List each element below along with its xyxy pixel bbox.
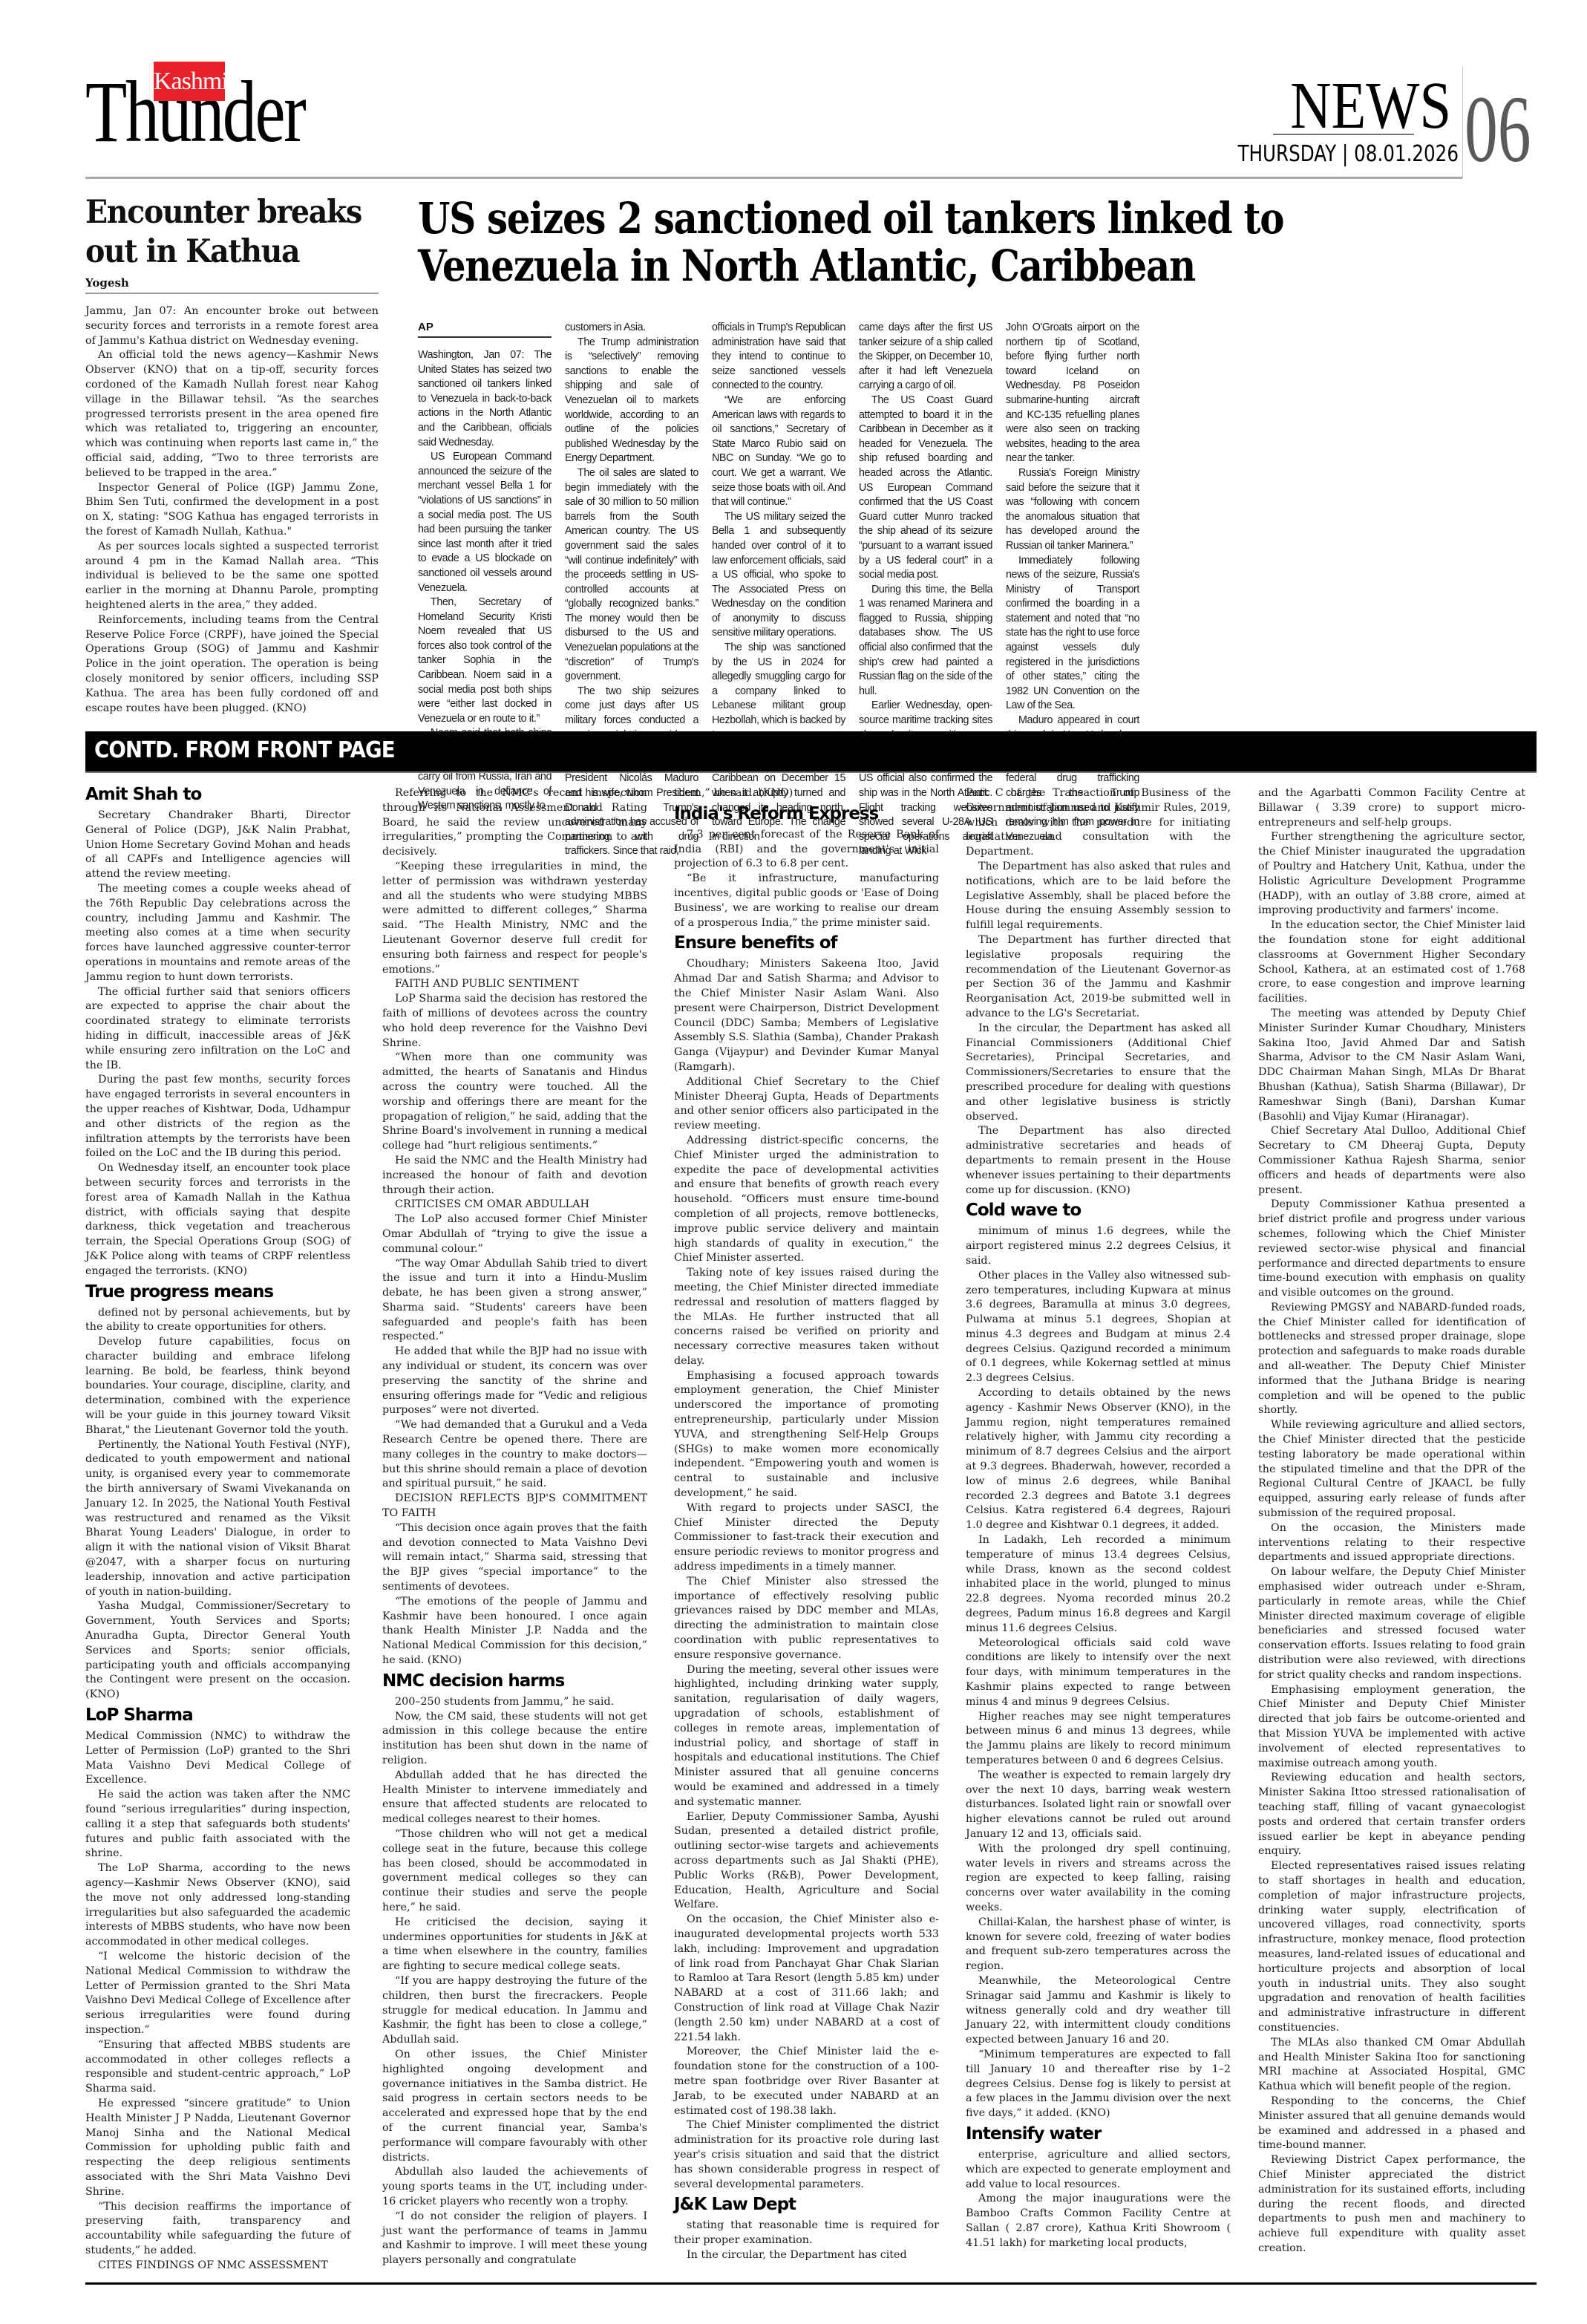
paragraph: “This decision reaffirms the importance … [85,2200,350,2259]
paragraph: “We are enforcing American laws with reg… [712,394,845,510]
paragraph: The Department has also directed adminis… [966,1124,1231,1198]
paragraph: and the Agarbatti Common Facility Centre… [1258,786,1525,830]
paragraph: With regard to projects under SASCI, the… [674,1501,939,1575]
paragraph: He said the NMC and the Health Ministry … [382,1154,647,1198]
continued-column-4: Part C of the Transaction of Business of… [966,786,1231,2251]
paragraph: customers in Asia. [565,321,698,336]
masthead-rule [85,177,1462,179]
paragraph: defined not by personal achievements, bu… [85,1306,350,1336]
paragraph: “We had demanded that a Gurukul and a Ve… [382,1418,647,1492]
paragraph: Elected representatives raised issues re… [1258,1859,1525,2036]
lead-headline: US seizes 2 sanctioned oil tankers linke… [418,195,1382,290]
article-body: 200–250 students from Jammu,” he said. N… [382,1695,647,2268]
paragraph: Now, the CM said, these students will no… [382,1710,647,1769]
paragraph: The LoP also accused former Chief Minist… [382,1212,647,1256]
paragraph: “The way Omar Abdullah Sahib tried to di… [382,1257,647,1345]
section-heading: LoP Sharma [85,1704,350,1726]
paragraph: According to details obtained by the new… [966,1386,1231,1533]
article-body: enterprise, agriculture and allied secto… [966,2148,1231,2251]
article-body: them,” he said. (KNO) [674,786,939,801]
paragraph: LoP Sharma said the decision has restore… [382,992,647,1051]
paragraph: Medical Commission (NMC) to withdraw the… [85,1729,350,1788]
headline-line: US seizes 2 sanctioned oil tankers linke… [418,193,1283,244]
paragraph: As per sources locals sighted a suspecte… [85,540,379,613]
paragraph: Then, Secretary of Homeland Security Kri… [418,595,552,726]
article-byline: Yogesh [85,276,379,294]
paragraph: “I welcome the historic decision of the … [85,1950,350,2038]
headline-line: Venezuela in North Atlantic, Caribbean [418,241,1195,291]
paragraph: The Department has also asked that rules… [966,860,1231,933]
paragraph: Meteorological officials said cold wave … [966,1636,1231,1710]
paragraph: Inspector General of Police (IGP) Jammu … [85,481,379,540]
masthead: Thunder Kashmir NEWS THURSDAY | 08.01.20… [85,59,1537,178]
logo-kashmir-badge: Kashmir [154,62,225,101]
contd-from-front-page-banner: CONTD. FROM FRONT PAGE [85,731,1537,773]
paragraph: enterprise, agriculture and allied secto… [966,2148,1231,2192]
paragraph: On the occasion, the Chief Minister also… [674,1913,939,2045]
paragraph: “If you are happy destroying the future … [382,1974,647,2048]
paragraph: John O'Groats airport on the northern ti… [1006,321,1139,466]
paragraph: In the circular, the Department has cite… [674,2248,939,2263]
article-body: customers in Asia. The Trump administrat… [565,321,698,859]
paragraph: He expressed “sincere gratitude” to Unio… [85,2097,350,2200]
subsection-caption: CRITICISES CM OMAR ABDULLAH [382,1198,647,1212]
paragraph: Reviewing PMGSY and NABARD-funded roads,… [1258,1301,1525,1418]
subsection-caption: FAITH AND PUBLIC SENTIMENT [382,977,647,992]
paragraph: He added that while the BJP had no issue… [382,1345,647,1418]
paragraph: The Trump administration is “selectively… [565,336,698,466]
paragraph: officials in Trump's Republican administ… [712,321,845,394]
paragraph: Reviewing District Capex performance, th… [1258,2153,1525,2256]
section-heading: Cold wave to [966,1199,1231,1221]
paragraph: The Chief Minister complimented the dist… [674,2118,939,2192]
article-body: and the Agarbatti Common Facility Centre… [1258,786,1525,2256]
paragraph: The US Coast Guard attempted to board it… [859,394,992,583]
paragraph: Washington, Jan 07: The United States ha… [418,348,552,450]
paragraph: Further strengthening the agriculture se… [1258,830,1525,918]
article-headline: Encounter breaks out in Kathua [85,193,379,272]
paragraph: During this time, the Bella 1 was rename… [859,583,992,699]
article-byline: AP [418,321,552,338]
paragraph: Moreover, the Chief Minister laid the e-… [674,2045,939,2118]
paragraph: 7.3 per cent forecast of the Reserve Ban… [674,828,939,872]
paragraph: Other places in the Valley also witnesse… [966,1269,1231,1386]
article-body: Referring to the NMC's recent inspection… [382,786,647,1668]
paragraph: The Department has further directed that… [966,933,1231,1022]
article-body: Choudhary; Ministers Sakeena Itoo, Javid… [674,957,939,2192]
paragraph: On the occasion, the Ministers made inte… [1258,1521,1525,1565]
article-body: Secretary Chandraker Bharti, Director Ge… [85,809,350,1279]
paragraph: Immediately following news of the seizur… [1006,554,1139,714]
banner-label: CONTD. FROM FRONT PAGE [94,737,395,763]
section-heading: Intensify water [966,2123,1231,2145]
article-encounter-kathua: Encounter breaks out in Kathua Yogesh Ja… [85,193,379,716]
paragraph: The official further said that seniors o… [85,985,350,1074]
paragraph: “This decision once again proves that th… [382,1521,647,1595]
paragraph: “The emotions of the people of Jammu and… [382,1595,647,1668]
paragraph: The LoP Sharma, according to the news ag… [85,1861,350,1950]
paragraph: Secretary Chandraker Bharti, Director Ge… [85,809,350,882]
paragraph: stating that reasonable time is required… [674,2219,939,2248]
paragraph: The meeting comes a couple weeks ahead o… [85,882,350,985]
paragraph: Choudhary; Ministers Sakeena Itoo, Javid… [674,957,939,1074]
paragraph: Emphasising a focused approach towards e… [674,1369,939,1501]
paragraph: On Wednesday itself, an encounter took p… [85,1161,350,1279]
continued-column-2: Referring to the NMC's recent inspection… [382,786,647,2268]
paragraph: The ship was sanctioned by the US in 202… [712,641,845,742]
paragraph: “Be it infrastructure, manufacturing inc… [674,872,939,930]
subsection-caption: CITES FINDINGS OF NMC ASSESSMENT [85,2259,350,2274]
bottom-rule [85,2282,1537,2285]
article-body: Jammu, Jan 07: An encounter broke out be… [85,304,379,716]
paragraph: “I do not consider the religion of playe… [382,2210,647,2268]
article-body: 7.3 per cent forecast of the Reserve Ban… [674,828,939,931]
article-body: defined not by personal achievements, bu… [85,1306,350,1703]
paragraph: Meanwhile, the Meteorological Centre Sri… [966,1974,1231,2048]
paragraph: Pertinently, the National Youth Festival… [85,1438,350,1600]
subsection-caption: DECISION REFLECTS BJP'S COMMITMENT TO FA… [382,1492,647,1521]
paragraph: Reinforcements, including teams from the… [85,613,379,717]
paragraph: Yasha Mudgal, Commissioner/Secretary to … [85,1599,350,1703]
article-body: came days after the first US tanker seiz… [859,321,992,859]
paragraph: minimum of minus 1.6 degrees, while the … [966,1224,1231,1268]
paragraph: Higher reaches may see night temperature… [966,1710,1231,1769]
paragraph: “When more than one community was admitt… [382,1051,647,1154]
paragraph: The US military seized the Bella 1 and s… [712,510,845,641]
newspaper-logo: Thunder Kashmir [85,59,323,163]
paragraph: Earlier, Deputy Commissioner Samba, Ayus… [674,1810,939,1913]
paragraph: Abdullah also lauded the achievements of… [382,2165,647,2209]
article-body: Medical Commission (NMC) to withdraw the… [85,1729,350,2273]
paragraph: Emphasising employment generation, the C… [1258,1683,1525,1772]
paragraph: them,” he said. (KNO) [674,786,939,801]
paragraph: Russia's Foreign Ministry said before th… [1006,466,1139,554]
continued-section: Amit Shah to Secretary Chandraker Bharti… [85,782,1537,2297]
paragraph: Referring to the NMC's recent inspection… [382,786,647,860]
paragraph: Additional Chief Secretary to the Chief … [674,1075,939,1134]
section-heading: Ensure benefits of [674,932,939,954]
paragraph: On other issues, the Chief Minister high… [382,2048,647,2165]
paragraph: Addressing district-specific concerns, t… [674,1134,939,1266]
paragraph: “Those children who will not get a medic… [382,1827,647,1916]
paragraph: The oil sales are slated to begin immedi… [565,466,698,685]
section-title: NEWS [1218,73,1452,140]
page-number: 06 [1465,82,1531,177]
paragraph: An official told the news agency—Kashmir… [85,348,379,480]
article-body: minimum of minus 1.6 degrees, while the … [966,1224,1231,2121]
paragraph: Part C of the Transaction of Business of… [966,786,1231,860]
paragraph: In the circular, the Department has aske… [966,1022,1231,1125]
section-heading: Amit Shah to [85,783,350,806]
paragraph: With the prolonged dry spell continuing,… [966,1842,1231,1916]
continued-column-1: Amit Shah to Secretary Chandraker Bharti… [85,782,350,2274]
paragraph: In Ladakh, Leh recorded a minimum temper… [966,1533,1231,1636]
continued-column-3: them,” he said. (KNO) India's Reform Exp… [674,786,939,2263]
paragraph: The meeting was attended by Deputy Chief… [1258,1007,1525,1124]
paragraph: The Chief Minister also stressed the imp… [674,1575,939,1663]
paragraph: The MLAs also thanked CM Omar Abdullah a… [1258,2036,1525,2095]
paragraph: Jammu, Jan 07: An encounter broke out be… [85,304,379,348]
section-heading: India's Reform Express [674,803,939,825]
paragraph: Responding to the concerns, the Chief Mi… [1258,2095,1525,2153]
paragraph: During the meeting, several other issues… [674,1663,939,1810]
paragraph: The weather is expected to remain largel… [966,1769,1231,1842]
section-heading: True progress means [85,1281,350,1303]
paragraph: Among the major inaugurations were the B… [966,2192,1231,2250]
paragraph: In the education sector, the Chief Minis… [1258,918,1525,1007]
issue-date: THURSDAY | 08.01.2026 [1221,140,1459,169]
paragraph: While reviewing agriculture and allied s… [1258,1418,1525,1521]
continued-column-5: and the Agarbatti Common Facility Centre… [1258,786,1525,2256]
paragraph: Chief Secretary Atal Dulloo, Additional … [1258,1124,1525,1198]
section-heading: NMC decision harms [382,1670,647,1692]
article-column: came days after the first US tanker seiz… [859,321,992,859]
paragraph: 200–250 students from Jammu,” he said. [382,1695,647,1710]
paragraph: He criticised the decision, saying it un… [382,1916,647,1974]
paragraph: came days after the first US tanker seiz… [859,321,992,394]
paragraph: Reviewing education and health sectors, … [1258,1771,1525,1859]
paragraph: “Keeping these irregularities in mind, t… [382,860,647,977]
paragraph: Taking note of key issues raised during … [674,1266,939,1369]
paragraph: US European Command announced the seizur… [418,450,552,595]
paragraph: Abdullah added that he has directed the … [382,1769,647,1827]
section-heading: J&K Law Dept [674,2193,939,2216]
divider [1273,134,1414,135]
article-us-seizes-tankers: AP Washington, Jan 07: The United States… [418,321,1524,655]
paragraph: Chillai-Kalan, the harshest phase of win… [966,1916,1231,1974]
paragraph: He said the action was taken after the N… [85,1788,350,1861]
paragraph: “Minimum temperatures are expected to fa… [966,2048,1231,2121]
paragraph: During the past few months, security for… [85,1073,350,1161]
article-column: customers in Asia. The Trump administrat… [565,321,698,859]
divider [1462,67,1463,178]
paragraph: “Ensuring that affected MBBS students ar… [85,2038,350,2097]
article-body: Part C of the Transaction of Business of… [966,786,1231,1198]
article-body: stating that reasonable time is required… [674,2219,939,2262]
paragraph: Deputy Commissioner Kathua presented a b… [1258,1198,1525,1301]
paragraph: Develop future capabilities, focus on ch… [85,1335,350,1438]
paragraph: On labour welfare, the Deputy Chief Mini… [1258,1565,1525,1682]
